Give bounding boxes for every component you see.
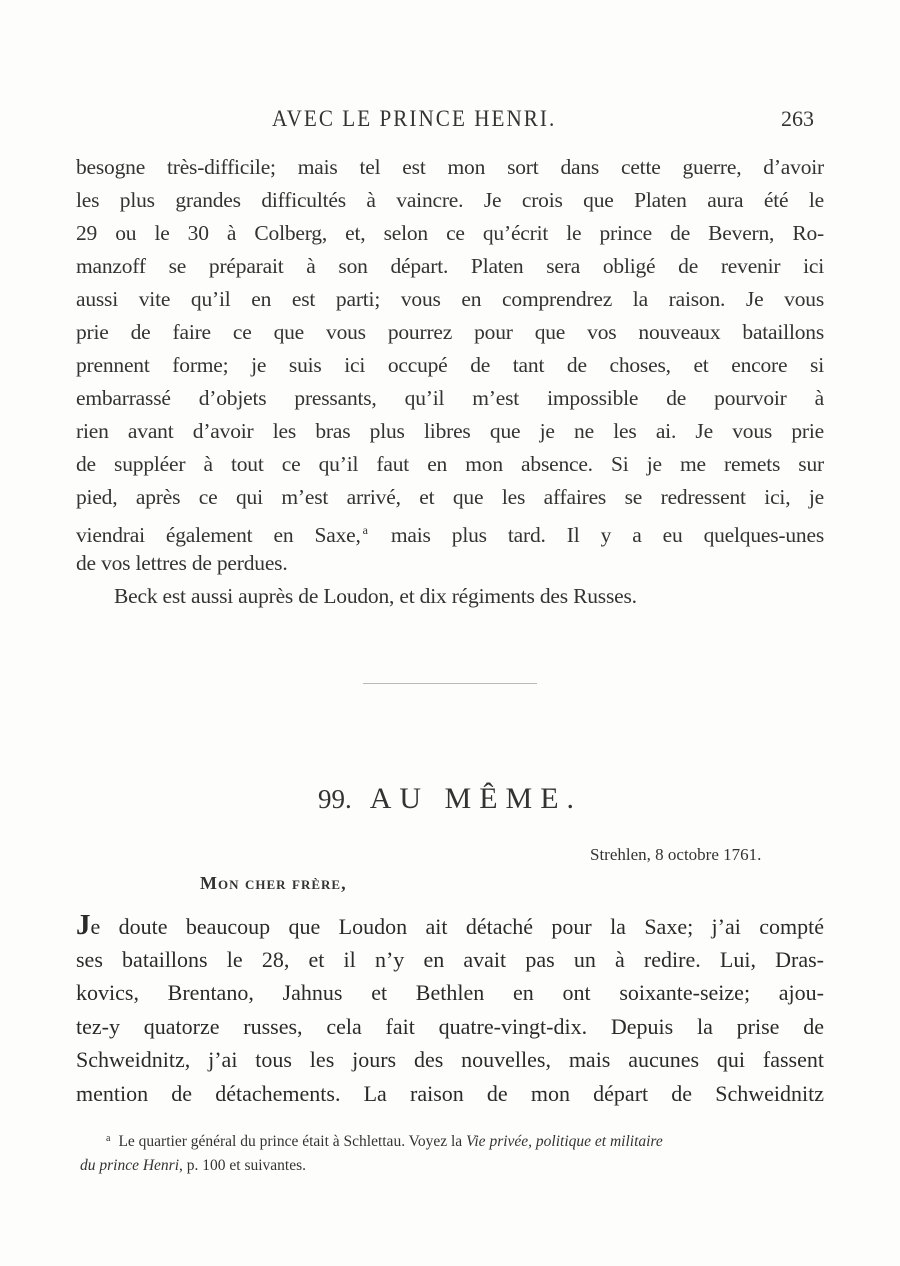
running-title: AVEC LE PRINCE HENRI. — [272, 106, 556, 132]
footnote-text: Le quartier général du prince était à Sc… — [118, 1133, 466, 1150]
text-line-first: Je doute beaucoup que Loudon ait détaché… — [76, 909, 824, 943]
text-line: kovics, Brentano, Jahnus et Bethlen en o… — [76, 976, 824, 1010]
running-head: AVEC LE PRINCE HENRI. 263 — [0, 106, 900, 140]
text-line: embarrassé d’objets pressants, qu’il m’e… — [76, 382, 824, 415]
text-fragment: e doute beaucoup que Loudon ait détaché … — [91, 914, 825, 939]
letter-number: 99. — [318, 784, 352, 814]
text-line: les plus grandes difficultés à vaincre. … — [76, 184, 824, 217]
text-line: tez-y quatorze russes, cela fait quatre-… — [76, 1010, 824, 1044]
postscript: Beck est aussi auprès de Loudon, et dix … — [76, 580, 824, 613]
salutation: Mon cher frère, — [200, 873, 347, 894]
footnote-reference[interactable]: a — [363, 523, 368, 537]
text-line: pied, après ce qui m’est arrivé, et que … — [76, 481, 824, 514]
text-fragment: mais plus tard. Il y a eu quelques-unes — [391, 523, 824, 547]
drop-capital: J — [76, 909, 91, 941]
page-number: 263 — [781, 106, 814, 132]
letter-title: AU MÊME. — [370, 782, 582, 815]
text-line: prennent forme; je suis ici occupé de ta… — [76, 349, 824, 382]
section-divider — [363, 683, 537, 684]
text-line: ses bataillons le 28, et il n’y en avait… — [76, 943, 824, 977]
text-fragment: viendrai également en Saxe, — [76, 523, 361, 547]
text-line: de vos lettres de perdues. — [76, 547, 824, 580]
footnote-mark: a — [106, 1133, 110, 1144]
letter-heading: 99.AU MÊME. — [0, 782, 900, 816]
footnote-book-title: Vie privée, politique et militaire — [466, 1133, 663, 1150]
text-line: aussi vite qu’il en est parti; vous en c… — [76, 283, 824, 316]
text-line: rien avant d’avoir les bras plus libres … — [76, 415, 824, 448]
footnote-book-title-cont: du prince Henri — [80, 1157, 179, 1174]
text-line: manzoff se préparait à son départ. Plate… — [76, 250, 824, 283]
text-line: 29 ou le 30 à Colberg, et, selon ce qu’é… — [76, 217, 824, 250]
continued-letter-body: besogne très-difficile; mais tel est mon… — [76, 151, 824, 613]
footnote-text: , p. 100 et suivantes. — [179, 1157, 306, 1174]
text-line: Schweidnitz, j’ai tous les jours des nou… — [76, 1043, 824, 1077]
footnote: aLe quartier général du prince était à S… — [80, 1127, 826, 1178]
text-line-with-footnote: viendrai également en Saxe,a mais plus t… — [76, 514, 824, 547]
text-line: mention de détachements. La raison de mo… — [76, 1077, 824, 1111]
footnote-line: aLe quartier général du prince était à S… — [80, 1127, 826, 1154]
text-line: de suppléer à tout ce qu’il faut en mon … — [76, 448, 824, 481]
letter-body: Je doute beaucoup que Loudon ait détaché… — [76, 909, 824, 1110]
text-line: prie de faire ce que vous pourrez pour q… — [76, 316, 824, 349]
dateline: Strehlen, 8 octobre 1761. — [590, 845, 761, 865]
text-line: besogne très-difficile; mais tel est mon… — [76, 151, 824, 184]
footnote-line: du prince Henri, p. 100 et suivantes. — [80, 1154, 826, 1178]
